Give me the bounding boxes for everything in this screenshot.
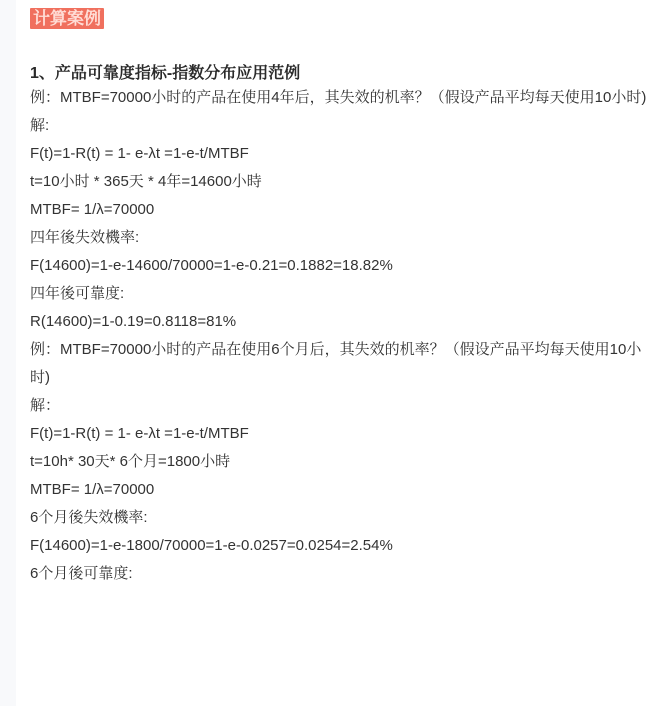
formula-mtbf-2: MTBF= 1/λ=70000 — [30, 476, 656, 504]
failure-rate-label-4yr: 四年後失效機率: — [30, 224, 656, 252]
reliability-formula-4yr: R(14600)=1-0.19=0.8118=81% — [30, 308, 656, 336]
page-left-gutter — [0, 0, 16, 706]
failure-rate-label-6mo: 6个月後失效機率: — [30, 504, 656, 532]
formula-time-2: t=10h* 30天* 6个月=1800小時 — [30, 448, 656, 476]
formula-mtbf-1: MTBF= 1/λ=70000 — [30, 196, 656, 224]
page-title-highlight: 计算案例 — [30, 8, 104, 29]
reliability-label-6mo: 6个月後可靠度: — [30, 560, 656, 588]
solution-label-2: 解： — [30, 392, 656, 420]
solution-label-1: 解: — [30, 112, 656, 140]
example-problem-2: 例：MTBF=70000小时的产品在使用6个月后，其失效的机率？（假设产品平均每… — [30, 336, 656, 392]
page-title: 计算案例 — [30, 7, 656, 30]
reliability-label-4yr: 四年後可靠度: — [30, 280, 656, 308]
section-title: 1、产品可靠度指标-指数分布应用范例 — [30, 63, 656, 84]
example-problem-1: 例：MTBF=70000小时的产品在使用4年后，其失效的机率？（假设产品平均每天… — [30, 84, 656, 112]
formula-time-1: t=10小时 * 365天 * 4年=14600小時 — [30, 168, 656, 196]
failure-rate-formula-4yr: F(14600)=1-e-14600/70000=1-e-0.21=0.1882… — [30, 252, 656, 280]
article-content: 计算案例 1、产品可靠度指标-指数分布应用范例 例：MTBF=70000小时的产… — [30, 0, 656, 588]
formula-failure-general-1: F(t)=1-R(t) = 1- e-λt =1-e-t/MTBF — [30, 140, 656, 168]
formula-failure-general-2: F(t)=1-R(t) = 1- e-λt =1-e-t/MTBF — [30, 420, 656, 448]
failure-rate-formula-6mo: F(14600)=1-e-1800/70000=1-e-0.0257=0.025… — [30, 532, 656, 560]
